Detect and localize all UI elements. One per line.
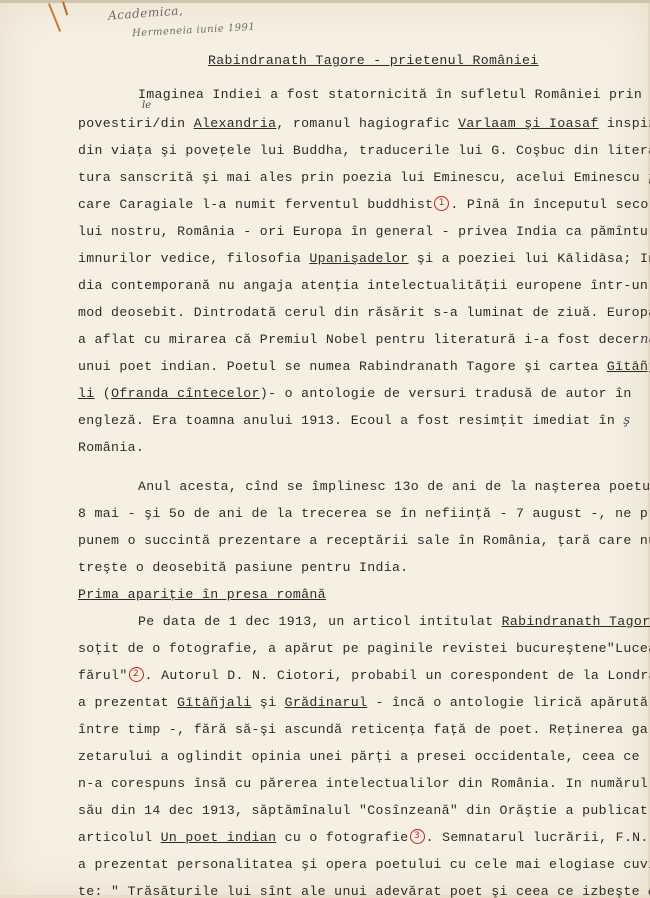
text-line: din viaţa şi poveţele lui Buddha, traduc… [78,142,650,160]
section-heading: Prima apariţie în presa română [78,586,326,604]
text-line: Anul acesta, cînd se împlinesc 13o de an… [138,478,650,496]
page-top-edge [0,0,650,3]
text-line: unui poet indian. Poetul se numea Rabind… [78,358,650,376]
text-line: între timp -, fără să-şi ascundă reticen… [78,721,650,739]
text-line: Pe data de 1 dec 1913, un articol intitu… [138,613,650,631]
text-line: imnurilor vedice, filosofia Upanişadelor… [78,250,650,268]
text-line: său din 14 dec 1913, săptămînalul "Cosîn… [78,802,648,820]
text-line: Imaginea Indiei a fost statornicită în s… [138,86,642,104]
footnote-marker: 1 [434,196,449,211]
text-line: mod deosebit. Dintrodată cerul din răsăr… [78,304,650,322]
text-line: te: " Trăsăturile lui sînt ale unui adev… [78,883,650,898]
text-line: engleză. Era toamna anului 1913. Ecoul a… [78,412,631,430]
document-title: Rabindranath Tagore - prietenul României [208,53,539,68]
footnote-marker: 2 [129,667,144,682]
text-line: a aflat cu mirarea că Premiul Nobel pent… [78,331,650,349]
text-line: li (Ofranda cîntecelor)- o antologie de … [78,385,632,403]
text-line: fărul"2. Autorul D. N. Ciotori, probabil… [78,667,650,685]
text-line: care Caragiale l-a numit ferventul buddh… [78,196,650,214]
text-line: a prezentat personalitatea şi opera poet… [78,856,650,874]
text-line: 8 mai - şi 5o de ani de la trecerea se î… [78,505,650,523]
footnote-marker: 3 [410,829,425,844]
handwritten-note: Academica, [108,3,184,22]
margin-pencil-mark [62,1,68,15]
handwritten-correction: le [142,100,151,111]
text-line: n-a corespuns însă cu părerea intelectua… [78,775,648,793]
margin-pencil-mark [48,3,61,32]
text-line: dia contemporană nu angaja atenţia intel… [78,277,648,295]
text-line: zetarului a oglindit opinia unei părţi a… [78,748,640,766]
text-line: a prezentat Gītāñjali şi Grădinarul - în… [78,694,648,712]
text-line: punem o succintă prezentare a receptării… [78,532,650,550]
text-line: soţit de o fotografie, a apărut pe pagin… [78,640,650,658]
text-line: povestiri/din Alexandria, romanul hagiog… [78,115,650,133]
text-line: tura sanscrită şi mai ales prin poezia l… [78,169,650,187]
text-line: articolul Un poet indian cu o fotografie… [78,829,650,847]
text-line: lui nostru, România - ori Europa în gene… [78,223,650,241]
text-line: treşte o deosebită pasiune pentru India. [78,559,409,577]
handwritten-note: Hermeneia iunie 1991 [132,22,256,39]
document-page: Academica, Hermeneia iunie 1991 Rabindra… [0,0,650,898]
text-line: România. [78,439,144,457]
